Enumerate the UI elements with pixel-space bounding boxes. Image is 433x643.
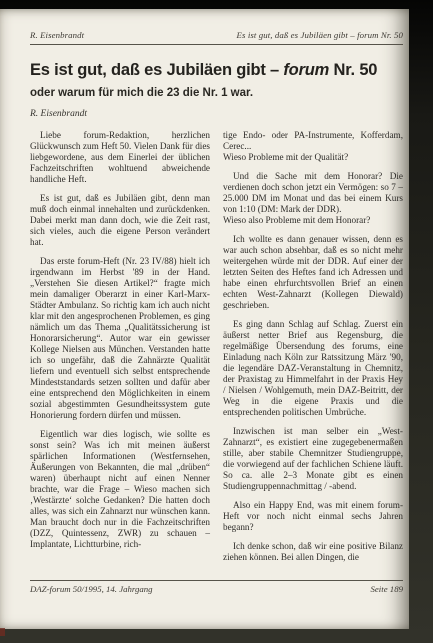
scan-artifact-mark bbox=[0, 628, 5, 636]
header-rule bbox=[30, 44, 403, 45]
paragraph: Also ein Happy End, was mit einem forum-… bbox=[223, 500, 403, 533]
paragraph: Eigentlich war dies logisch, wie sollte … bbox=[30, 429, 210, 550]
journal-page: R. Eisenbrandt Es ist gut, daß es Jubilä… bbox=[0, 9, 409, 629]
paragraph: Liebe forum-Redaktion, herzlichen Glückw… bbox=[30, 130, 210, 185]
byline: R. Eisenbrandt bbox=[30, 109, 403, 119]
text-column-left: Liebe forum-Redaktion, herzlichen Glückw… bbox=[30, 130, 210, 566]
article-title-post: Nr. 50 bbox=[329, 61, 377, 79]
page-footer: DAZ-forum 50/1995, 14. Jahrgang Seite 18… bbox=[30, 584, 403, 594]
running-header-author: R. Eisenbrandt bbox=[30, 30, 84, 40]
paragraph: Es ging dann Schlag auf Schlag. Zuerst e… bbox=[223, 319, 403, 418]
paragraph: Das erste forum-Heft (Nr. 23 IV/88) hiel… bbox=[30, 256, 210, 421]
scan-background: R. Eisenbrandt Es ist gut, daß es Jubilä… bbox=[0, 0, 433, 643]
article-title-forum: forum bbox=[283, 61, 329, 79]
running-header-title: Es ist gut, daß es Jubiläen gibt – forum… bbox=[237, 30, 403, 40]
running-header: R. Eisenbrandt Es ist gut, daß es Jubilä… bbox=[30, 30, 403, 40]
text-column-right: tige Endo- oder PA-Instrumente, Kofferda… bbox=[223, 130, 403, 566]
footer-journal-info: DAZ-forum 50/1995, 14. Jahrgang bbox=[30, 584, 153, 594]
article-body: Liebe forum-Redaktion, herzlichen Glückw… bbox=[30, 130, 403, 566]
paragraph: Es ist gut, daß es Jubiläen gibt, denn m… bbox=[30, 193, 210, 248]
paragraph: Inzwischen ist man selber ein „West-Zahn… bbox=[223, 426, 403, 492]
paragraph: tige Endo- oder PA-Instrumente, Kofferda… bbox=[223, 130, 403, 163]
article-title: Es ist gut, daß es Jubiläen gibt – forum… bbox=[30, 61, 403, 80]
article-title-pre: Es ist gut, daß es Jubiläen gibt – bbox=[30, 61, 283, 79]
paragraph: Und die Sache mit dem Honorar? Die verdi… bbox=[223, 171, 403, 226]
footer-rule bbox=[30, 580, 403, 581]
article-subtitle: oder warum für mich die 23 die Nr. 1 war… bbox=[30, 87, 403, 99]
paragraph: Ich denke schon, daß wir eine positive B… bbox=[223, 541, 403, 563]
paragraph: Ich wollte es dann genauer wissen, denn … bbox=[223, 234, 403, 311]
footer-page-number: Seite 189 bbox=[371, 584, 404, 594]
